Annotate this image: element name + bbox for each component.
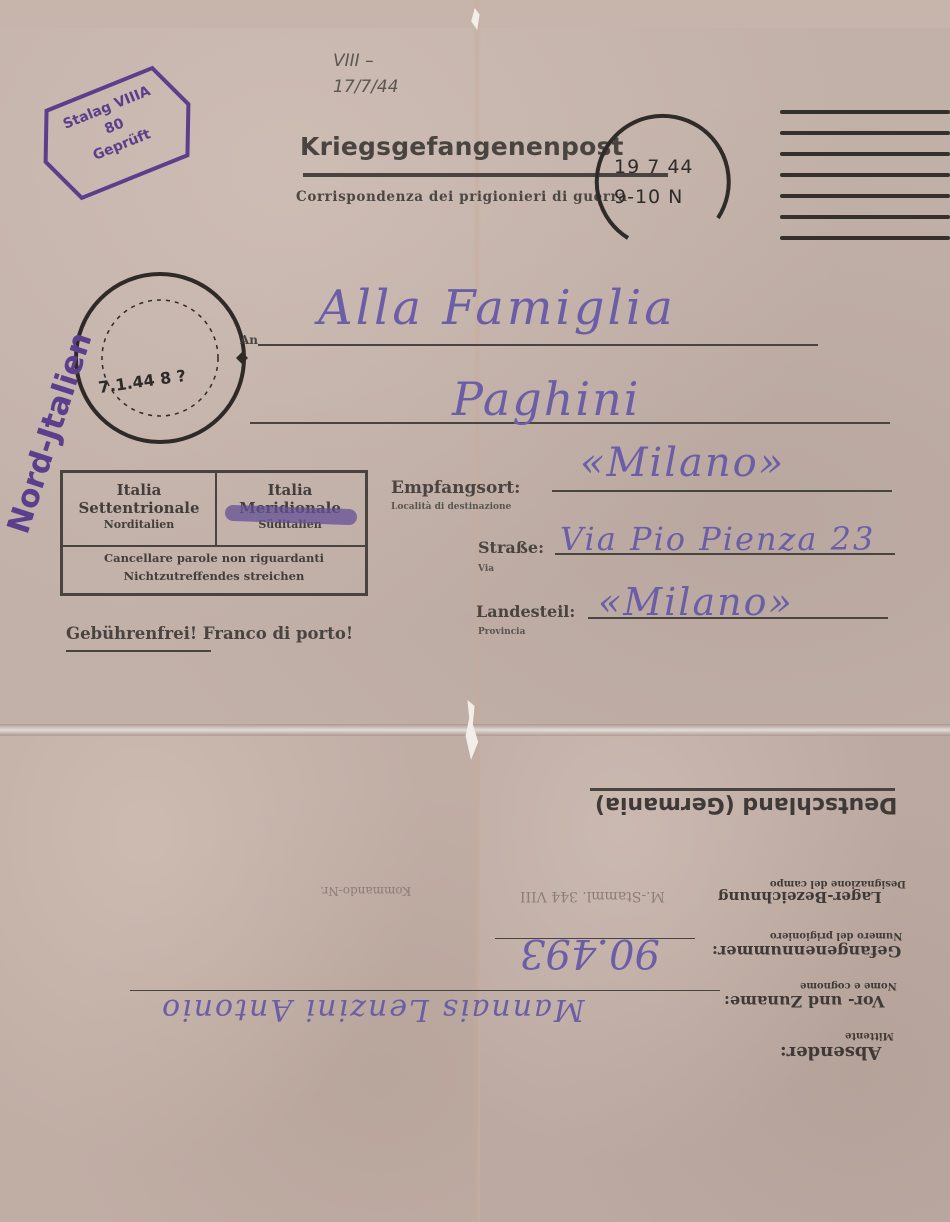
cancel-bar [780, 236, 950, 240]
cancel-bar [780, 152, 950, 156]
postmark-right-text: 19 7 44 9-10 N [614, 152, 694, 212]
back-name-label-it: Nome e cognome [800, 980, 897, 991]
instruction-italian: Cancellare parole non riguardanti [63, 549, 365, 567]
note-line: 17/7/44 [333, 74, 399, 100]
address-line [258, 344, 818, 346]
region-north-line: Italia [63, 481, 215, 499]
cancel-bar [780, 131, 950, 135]
field-label-landesteil: Landesteil: [476, 602, 575, 621]
back-sender-label-it: Mittente [845, 1030, 894, 1041]
field-sublabel-provincia: Provincia [478, 627, 525, 637]
cancel-bar [780, 215, 950, 219]
region-box-top: Italia Settentrionale Norditalien Italia… [63, 473, 365, 547]
region-north: Italia Settentrionale Norditalien [63, 473, 217, 545]
back-commando-label: Kommando-Nr. [320, 884, 411, 898]
handwritten-date-note: VIII – 17/7/44 [333, 48, 399, 100]
an-label: An [240, 333, 258, 347]
cancel-bar [780, 194, 950, 198]
cancellation-bars [780, 110, 950, 257]
field-value-destination: «Milano» [580, 440, 785, 486]
region-selection-box: Italia Settentrionale Norditalien Italia… [60, 470, 368, 596]
field-label-strasse: Straße: [478, 538, 544, 557]
cancel-bar [780, 173, 950, 177]
back-country: Deutschland (Germania) [595, 792, 897, 817]
postmark-time: 9-10 N [614, 182, 694, 212]
back-number-label-it: Numero del prigioniero [770, 930, 902, 941]
back-top-rule [590, 788, 895, 791]
cancel-bar [780, 110, 950, 114]
back-number-label-de: Gefangenennummer: [712, 942, 901, 961]
card-back-left-panel [0, 735, 478, 1222]
field-line [552, 490, 892, 492]
field-label-empfangsort: Empfangsort: [391, 478, 520, 498]
recipient-line-1: Alla Famiglia [318, 280, 676, 336]
postage-free-underline [66, 650, 211, 652]
postmark-date: 19 7 44 [614, 152, 694, 182]
recipient-line-2: Paghini [452, 372, 640, 426]
back-sender-name: Mannais Lenzini Antonio [160, 992, 585, 1027]
card-title: Kriegsgefangenenpost [300, 132, 624, 161]
field-sublabel-via: Via [478, 564, 494, 574]
back-camp-value: M.-Stamml. 344 VIII [520, 888, 665, 904]
region-south-struck: Italia Meridionale Süditalien [215, 481, 365, 553]
region-north-line: Norditalien [63, 517, 215, 533]
back-name-label-de: Vor- und Zuname: [724, 992, 885, 1011]
back-prisoner-number: 90.493 [520, 930, 660, 976]
field-value-street: Via Pio Pienza 23 [560, 520, 875, 558]
instruction-german: Nichtzutreffendes streichen [63, 567, 365, 585]
field-value-province: «Milano» [598, 580, 794, 624]
region-box-instructions: Cancellare parole non riguardanti Nichtz… [63, 549, 365, 585]
field-sublabel-destinazione: Località di destinazione [391, 502, 511, 512]
region-north-line: Settentrionale [63, 499, 215, 517]
card-subtitle: Corrispondenza dei prigionieri di guerra [296, 189, 628, 205]
note-line: VIII – [333, 48, 399, 74]
back-field-line [130, 990, 720, 991]
back-sender-label-de: Absender: [780, 1042, 881, 1063]
back-camp-label-de: Lager-Bezeichnung [718, 888, 882, 906]
region-south-line: Italia [215, 481, 365, 499]
postage-free-notice: Gebührenfrei! Franco di porto! [66, 624, 353, 643]
